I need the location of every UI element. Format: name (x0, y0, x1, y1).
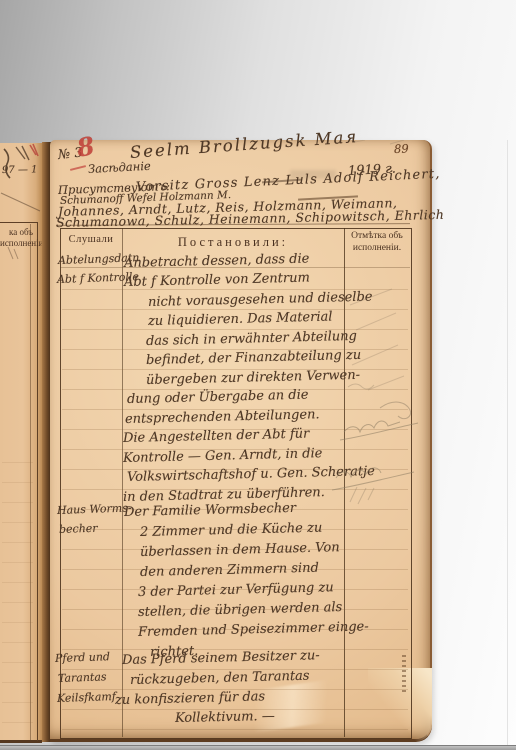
margin-note: 97 — 1 (2, 164, 38, 176)
pencil-annotations (50, 140, 430, 739)
printer-imprint (402, 652, 406, 692)
left-page-column-header: ка объ (0, 227, 33, 237)
left-page-column-header: исполненіи. (0, 238, 35, 248)
left-page-ruled-lines (2, 443, 33, 733)
right-page: № 3 8 Засѣданіе Seelm Brollzugsk Мая 191… (50, 140, 432, 742)
scan-edge-line (507, 140, 508, 750)
scanned-document: 97 — 1 ка объ исполненіи. № 3 8 Засѣдані… (0, 0, 516, 750)
scan-bottom-band (0, 745, 516, 750)
left-page: 97 — 1 ка объ исполненіи. (0, 143, 42, 743)
